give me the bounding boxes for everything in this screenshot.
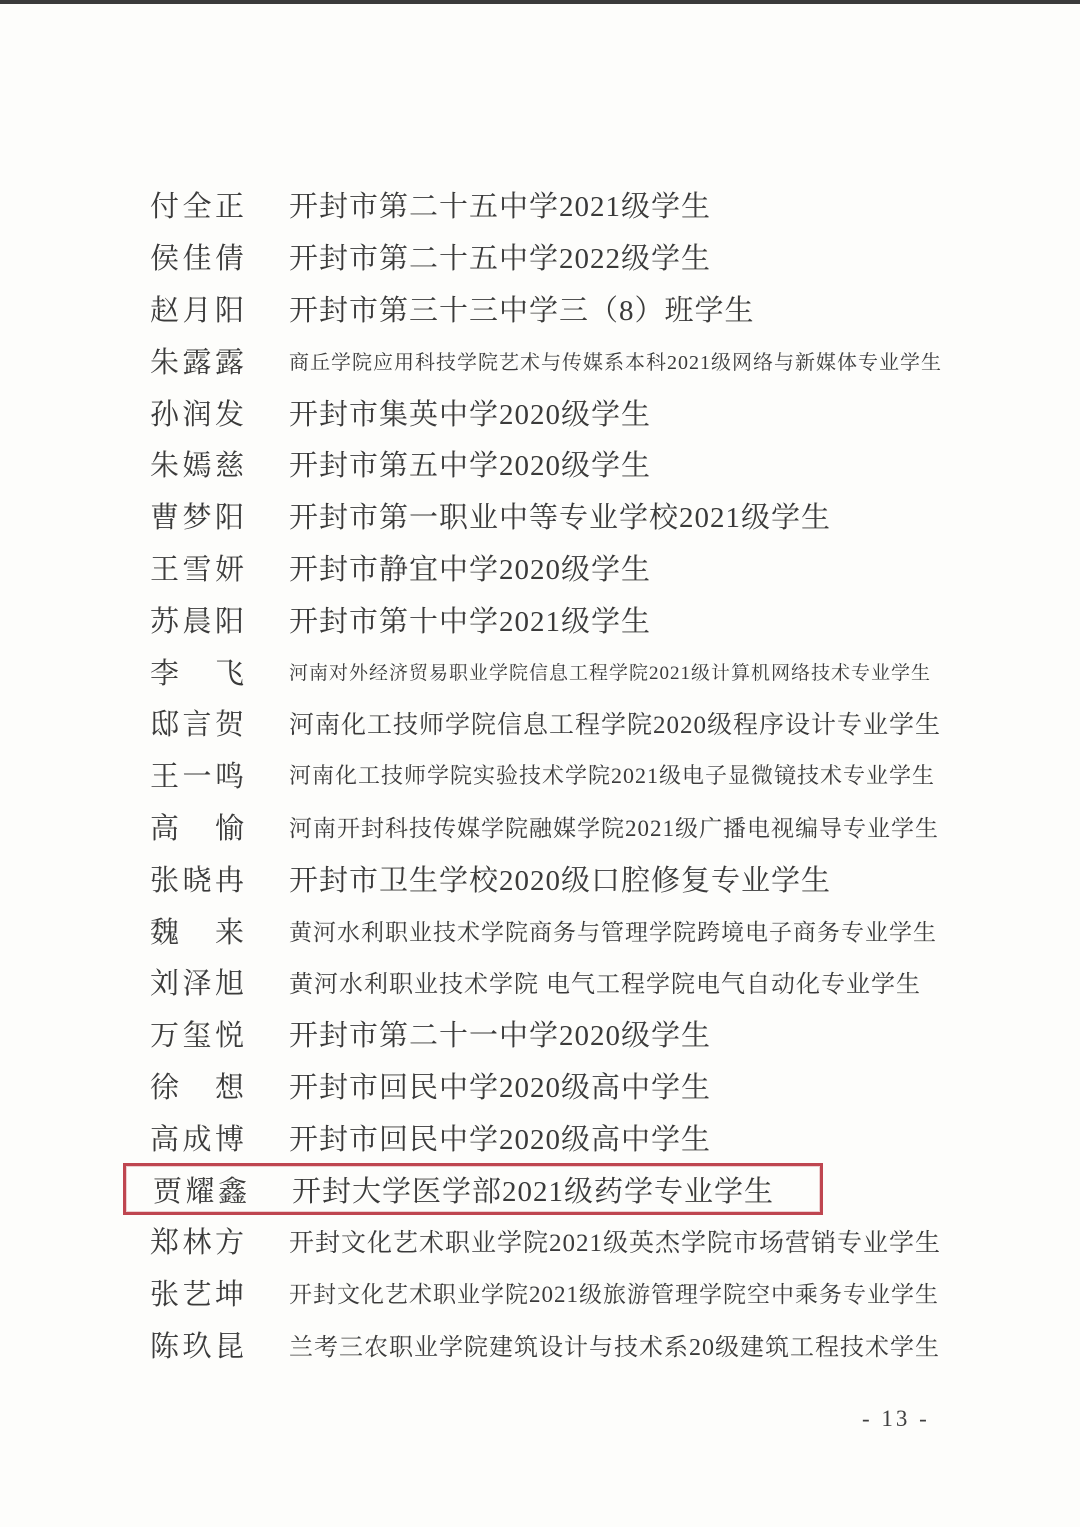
student-name: 朱露露	[150, 340, 244, 381]
list-item-highlighted: 贾耀鑫 开封大学医学部2021级药学专业学生	[123, 1163, 823, 1215]
list-item: 郑林方 开封文化艺术职业学院2021级英杰学院市场营销专业学生	[123, 1215, 823, 1267]
student-name: 高愉	[150, 806, 244, 847]
top-edge-bar	[0, 0, 1080, 4]
student-affiliation: 开封市第五中学2020级学生	[289, 443, 651, 484]
student-name: 侯佳倩	[150, 236, 244, 277]
student-affiliation: 开封市集英中学2020级学生	[289, 392, 651, 433]
student-name: 魏来	[150, 910, 244, 951]
list-item: 侯佳倩 开封市第二十五中学2022级学生	[123, 231, 823, 283]
list-item: 邸言贺 河南化工技师学院信息工程学院2020级程序设计专业学生	[123, 697, 823, 749]
student-name: 刘泽旭	[150, 961, 244, 1002]
student-name: 付全正	[150, 184, 244, 225]
list-item: 苏晨阳 开封市第十中学2021级学生	[123, 593, 823, 645]
student-affiliation: 河南化工技师学院信息工程学院2020级程序设计专业学生	[289, 705, 941, 741]
list-item: 张艺坤 开封文化艺术职业学院2021级旅游管理学院空中乘务专业学生	[123, 1267, 823, 1319]
list-item: 朱嫣慈 开封市第五中学2020级学生	[123, 438, 823, 490]
student-list: 付全正 开封市第二十五中学2021级学生 侯佳倩 开封市第二十五中学2022级学…	[123, 179, 823, 1370]
student-name: 李飞	[150, 651, 244, 692]
student-affiliation: 开封市第二十一中学2020级学生	[289, 1013, 711, 1054]
student-name: 朱嫣慈	[150, 443, 244, 484]
list-item: 李飞 河南对外经济贸易职业学院信息工程学院2021级计算机网络技术专业学生	[123, 645, 823, 697]
list-item: 王一鸣 河南化工技师学院实验技术学院2021级电子显微镜技术专业学生	[123, 749, 823, 801]
student-name: 苏晨阳	[150, 599, 244, 640]
student-affiliation: 开封市第三十三中学三（8）班学生	[289, 288, 755, 329]
student-affiliation: 兰考三农职业学院建筑设计与技术系20级建筑工程技术学生	[289, 1327, 940, 1362]
student-affiliation: 河南化工技师学院实验技术学院2021级电子显微镜技术专业学生	[289, 759, 935, 790]
list-item: 万玺悦 开封市第二十一中学2020级学生	[123, 1008, 823, 1060]
student-affiliation: 开封市回民中学2020级高中学生	[289, 1117, 711, 1158]
student-affiliation: 黄河水利职业技术学院 电气工程学院电气自动化专业学生	[289, 964, 921, 999]
list-item: 赵月阳 开封市第三十三中学三（8）班学生	[123, 283, 823, 335]
student-affiliation: 河南开封科技传媒学院融媒学院2021级广播电视编导专业学生	[289, 810, 939, 843]
student-affiliation: 开封市第一职业中等专业学校2021级学生	[289, 495, 831, 536]
student-name: 曹梦阳	[150, 495, 244, 536]
student-affiliation: 黄河水利职业技术学院商务与管理学院跨境电子商务专业学生	[289, 914, 937, 947]
list-item: 曹梦阳 开封市第一职业中等专业学校2021级学生	[123, 490, 823, 542]
student-name: 邸言贺	[150, 702, 244, 743]
student-affiliation: 开封市回民中学2020级高中学生	[289, 1065, 711, 1106]
list-item: 王雪妍 开封市静宜中学2020级学生	[123, 542, 823, 594]
student-name: 王一鸣	[150, 754, 244, 795]
student-name: 高成博	[150, 1117, 244, 1158]
list-item: 孙润发 开封市集英中学2020级学生	[123, 386, 823, 438]
student-affiliation: 开封市卫生学校2020级口腔修复专业学生	[289, 858, 831, 899]
student-affiliation: 开封市静宜中学2020级学生	[289, 547, 651, 588]
student-affiliation: 开封大学医学部2021级药学专业学生	[292, 1169, 774, 1210]
student-name: 张晓冉	[150, 858, 244, 899]
list-item: 付全正 开封市第二十五中学2021级学生	[123, 179, 823, 231]
list-item: 张晓冉 开封市卫生学校2020级口腔修复专业学生	[123, 852, 823, 904]
student-affiliation: 开封市第二十五中学2021级学生	[289, 184, 711, 225]
student-name: 孙润发	[150, 392, 244, 433]
student-name: 赵月阳	[150, 288, 244, 329]
list-item: 陈玖昆 兰考三农职业学院建筑设计与技术系20级建筑工程技术学生	[123, 1319, 823, 1371]
student-affiliation: 开封市第二十五中学2022级学生	[289, 236, 711, 277]
student-affiliation: 开封文化艺术职业学院2021级旅游管理学院空中乘务专业学生	[289, 1276, 939, 1309]
list-item: 朱露露 商丘学院应用科技学院艺术与传媒系本科2021级网络与新媒体专业学生	[123, 334, 823, 386]
student-name: 张艺坤	[150, 1272, 244, 1313]
list-item: 刘泽旭 黄河水利职业技术学院 电气工程学院电气自动化专业学生	[123, 956, 823, 1008]
list-item: 高成博 开封市回民中学2020级高中学生	[123, 1111, 823, 1163]
student-name: 贾耀鑫	[153, 1169, 247, 1210]
student-affiliation: 商丘学院应用科技学院艺术与传媒系本科2021级网络与新媒体专业学生	[289, 346, 942, 375]
list-item: 魏来 黄河水利职业技术学院商务与管理学院跨境电子商务专业学生	[123, 904, 823, 956]
student-name: 王雪妍	[150, 547, 244, 588]
list-item: 徐想 开封市回民中学2020级高中学生	[123, 1060, 823, 1112]
list-item: 高愉 河南开封科技传媒学院融媒学院2021级广播电视编导专业学生	[123, 801, 823, 853]
student-name: 郑林方	[150, 1220, 244, 1261]
student-name: 徐想	[150, 1065, 244, 1106]
student-name: 万玺悦	[150, 1013, 244, 1054]
student-name: 陈玖昆	[150, 1324, 244, 1365]
student-affiliation: 河南对外经济贸易职业学院信息工程学院2021级计算机网络技术专业学生	[289, 658, 931, 685]
student-affiliation: 开封文化艺术职业学院2021级英杰学院市场营销专业学生	[289, 1223, 941, 1259]
student-affiliation: 开封市第十中学2021级学生	[289, 599, 651, 640]
page-number: - 13 -	[862, 1406, 930, 1432]
